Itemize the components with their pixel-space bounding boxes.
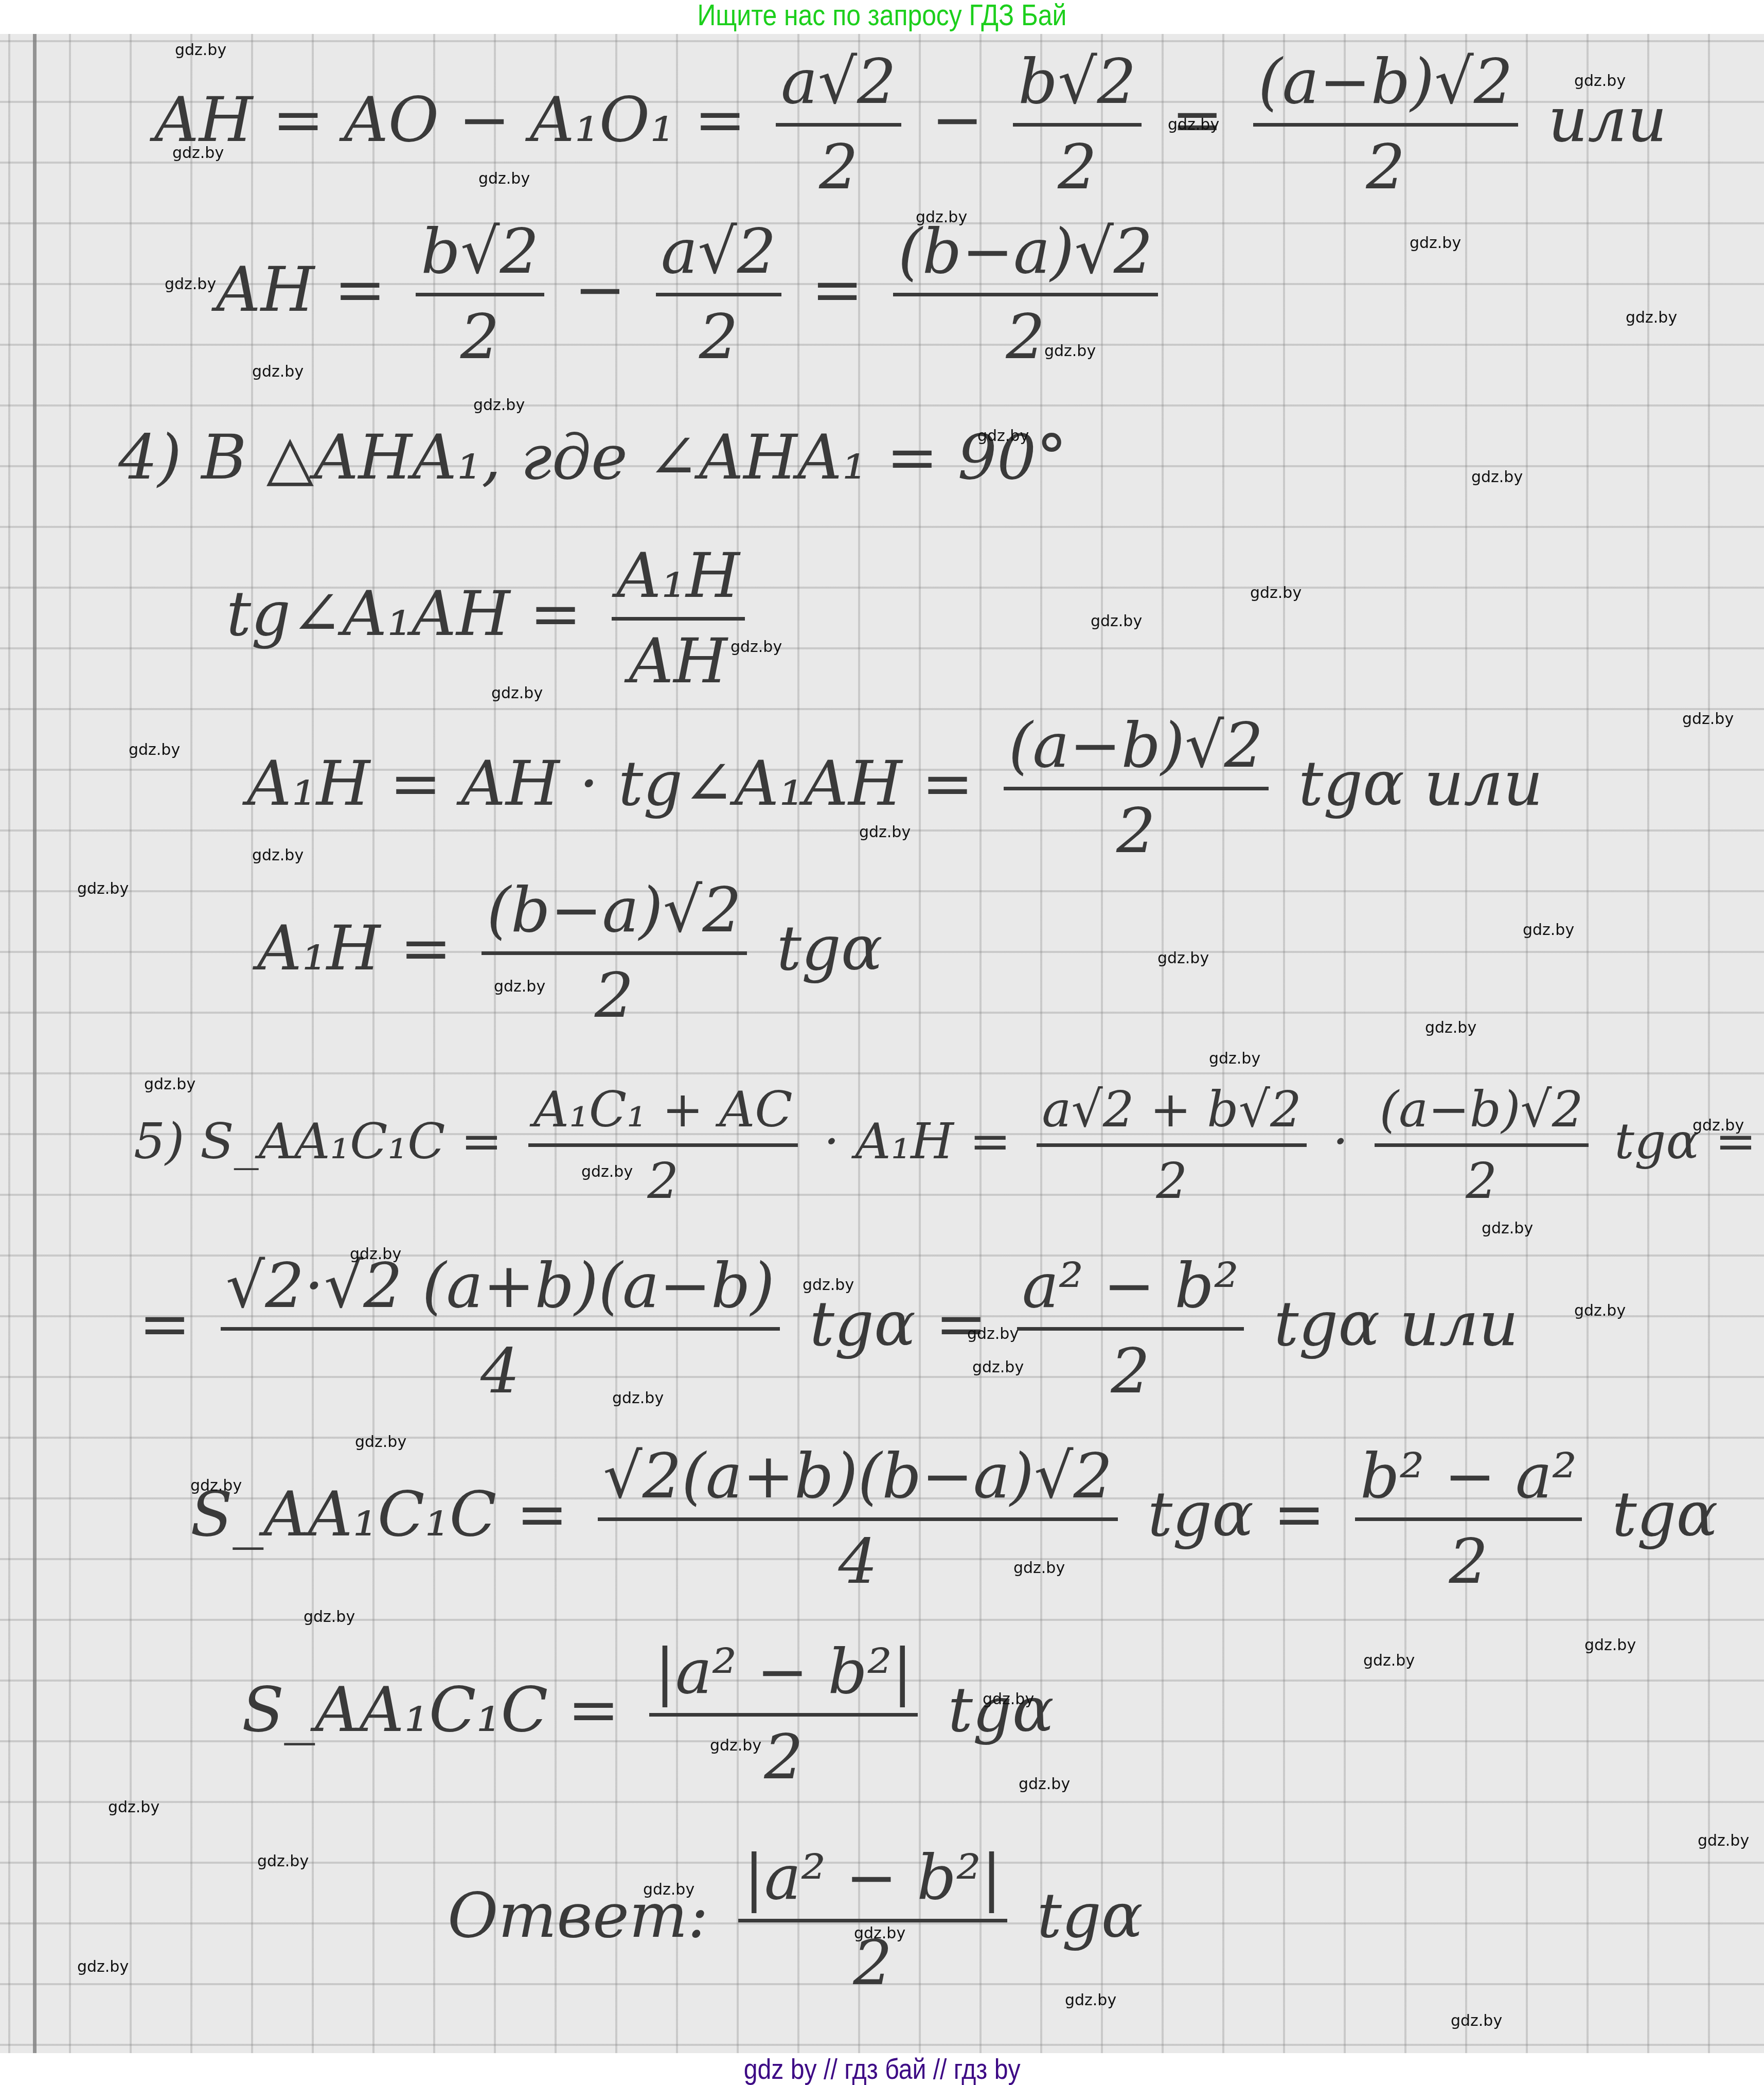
watermark-label: gdz.by <box>175 41 226 59</box>
fraction: (a−b)√22 <box>1004 710 1269 867</box>
watermark-label: gdz.by <box>643 1881 694 1899</box>
fraction: b² − a²2 <box>1355 1441 1582 1598</box>
fraction: (b−a)√22 <box>893 216 1158 373</box>
watermark-label: gdz.by <box>916 208 967 226</box>
watermark-label: gdz.by <box>581 1163 633 1181</box>
watermark-label: gdz.by <box>1574 1302 1626 1320</box>
watermark-label: gdz.by <box>252 846 304 864</box>
watermark-label: gdz.by <box>257 1852 309 1870</box>
watermark-label: gdz.by <box>304 1608 355 1626</box>
watermark-label: gdz.by <box>612 1389 664 1407</box>
watermark-label: gdz.by <box>165 275 216 293</box>
watermark-label: gdz.by <box>1044 342 1096 360</box>
fraction: |a² − b²|2 <box>649 1636 918 1793</box>
watermark-label: gdz.by <box>494 978 545 996</box>
watermark-label: gdz.by <box>129 741 180 759</box>
fraction: a² − b²2 <box>1017 1250 1244 1407</box>
watermark-label: gdz.by <box>1410 234 1461 252</box>
line-ah1: AH = AO − A₁O₁ = a√22 − b√22 = (a−b)√22 … <box>154 46 1667 203</box>
watermark-label: gdz.by <box>144 1075 195 1093</box>
fraction: A₁C₁ + AC2 <box>528 1081 798 1210</box>
watermark-label: gdz.by <box>77 1958 129 1976</box>
watermark-label: gdz.by <box>190 1477 242 1495</box>
watermark-label: gdz.by <box>478 170 530 188</box>
watermark-label: gdz.by <box>1523 921 1574 939</box>
watermark-label: gdz.by <box>1584 1636 1636 1654</box>
line-s4c: A₁H = AH · tg∠A₁AH = (a−b)√22 tgα или <box>247 710 1543 867</box>
fraction: b√22 <box>1013 46 1142 203</box>
watermark-label: gdz.by <box>983 1690 1034 1708</box>
watermark-label: gdz.by <box>1250 584 1302 602</box>
fraction: (a−b)√22 <box>1375 1081 1589 1210</box>
watermark-label: gdz.by <box>859 823 911 841</box>
watermark-label: gdz.by <box>977 427 1029 445</box>
line-s5d: S_AA₁C₁C = |a² − b²|2 tgα <box>242 1636 1054 1793</box>
watermark-label: gdz.by <box>1019 1775 1070 1793</box>
fraction: (b−a)√22 <box>482 875 746 1032</box>
fraction: a√2 + b√22 <box>1037 1081 1307 1210</box>
watermark-label: gdz.by <box>1626 309 1677 327</box>
line-ah2: AH = b√22 − a√22 = (b−a)√22 <box>216 216 1168 373</box>
margin-line <box>33 34 37 2053</box>
watermark-label: gdz.by <box>1451 2012 1502 2030</box>
watermark-label: gdz.by <box>1168 116 1219 134</box>
fraction: (a−b)√22 <box>1253 46 1518 203</box>
watermark-label: gdz.by <box>1157 949 1209 967</box>
watermark-label: gdz.by <box>1471 468 1523 486</box>
line-ans: Ответ: |a² − b²|2 tgα <box>448 1842 1143 1999</box>
watermark-label: gdz.by <box>1692 1117 1744 1135</box>
line-s5a: 5) S_AA₁C₁C = A₁C₁ + AC2 · A₁H = a√2 + b… <box>134 1081 1756 1210</box>
watermark-label: gdz.by <box>803 1276 854 1294</box>
watermark-label: gdz.by <box>473 396 525 414</box>
watermark-label: gdz.by <box>252 363 304 381</box>
watermark-label: gdz.by <box>710 1737 761 1755</box>
fraction: |a² − b²|2 <box>738 1842 1007 1999</box>
watermark-label: gdz.by <box>1574 72 1626 90</box>
watermark-label: gdz.by <box>972 1358 1024 1376</box>
watermark-label: gdz.by <box>730 638 782 656</box>
watermark-label: gdz.by <box>1091 612 1142 630</box>
line-s4a: 4) В △AHA₁, где ∠AHA₁ = 90° <box>118 422 1067 493</box>
line-s5c: S_AA₁C₁C = √2(a+b)(b−a)√24 tgα = b² − a²… <box>190 1441 1718 1598</box>
watermark-label: gdz.by <box>77 880 129 898</box>
fraction: A₁HAH <box>612 540 745 697</box>
watermark-label: gdz.by <box>355 1433 406 1451</box>
watermark-label: gdz.by <box>1363 1652 1415 1670</box>
line-s4d: A₁H = (b−a)√22 tgα <box>257 875 883 1032</box>
watermark-label: gdz.by <box>967 1325 1019 1343</box>
watermark-label: gdz.by <box>1013 1559 1065 1577</box>
watermark-label: gdz.by <box>1482 1220 1533 1238</box>
watermark-label: gdz.by <box>1682 710 1734 728</box>
watermark-label: gdz.by <box>1425 1019 1476 1037</box>
watermark-label: gdz.by <box>108 1798 159 1816</box>
fraction: a√22 <box>776 46 901 203</box>
watermark-label: gdz.by <box>1698 1832 1749 1850</box>
banner-text: Ищите нас по запросу ГДЗ Бай <box>698 0 1067 31</box>
watermark-label: gdz.by <box>172 144 224 162</box>
watermark-label: gdz.by <box>854 1924 905 1942</box>
watermark-label: gdz.by <box>350 1245 401 1263</box>
fraction: a√22 <box>656 216 781 373</box>
fraction: b√22 <box>416 216 544 373</box>
fraction: √2·√2 (a+b)(a−b)4 <box>221 1250 780 1407</box>
bottom-banner: gdz by // гдз бай // гдз by <box>0 2053 1764 2085</box>
watermark-label: gdz.by <box>1209 1050 1260 1068</box>
footer-text: gdz by // гдз бай // гдз by <box>744 2053 1021 2085</box>
top-banner: Ищите нас по запросу ГДЗ Бай <box>0 0 1764 34</box>
line-s5b: = √2·√2 (a+b)(a−b)4 tgα = a² − b²2 tgα и… <box>139 1250 1519 1407</box>
line-s4b: tg∠A₁AH = A₁HAH <box>226 540 755 697</box>
watermark-label: gdz.by <box>1065 1991 1116 2009</box>
watermark-label: gdz.by <box>491 684 543 702</box>
